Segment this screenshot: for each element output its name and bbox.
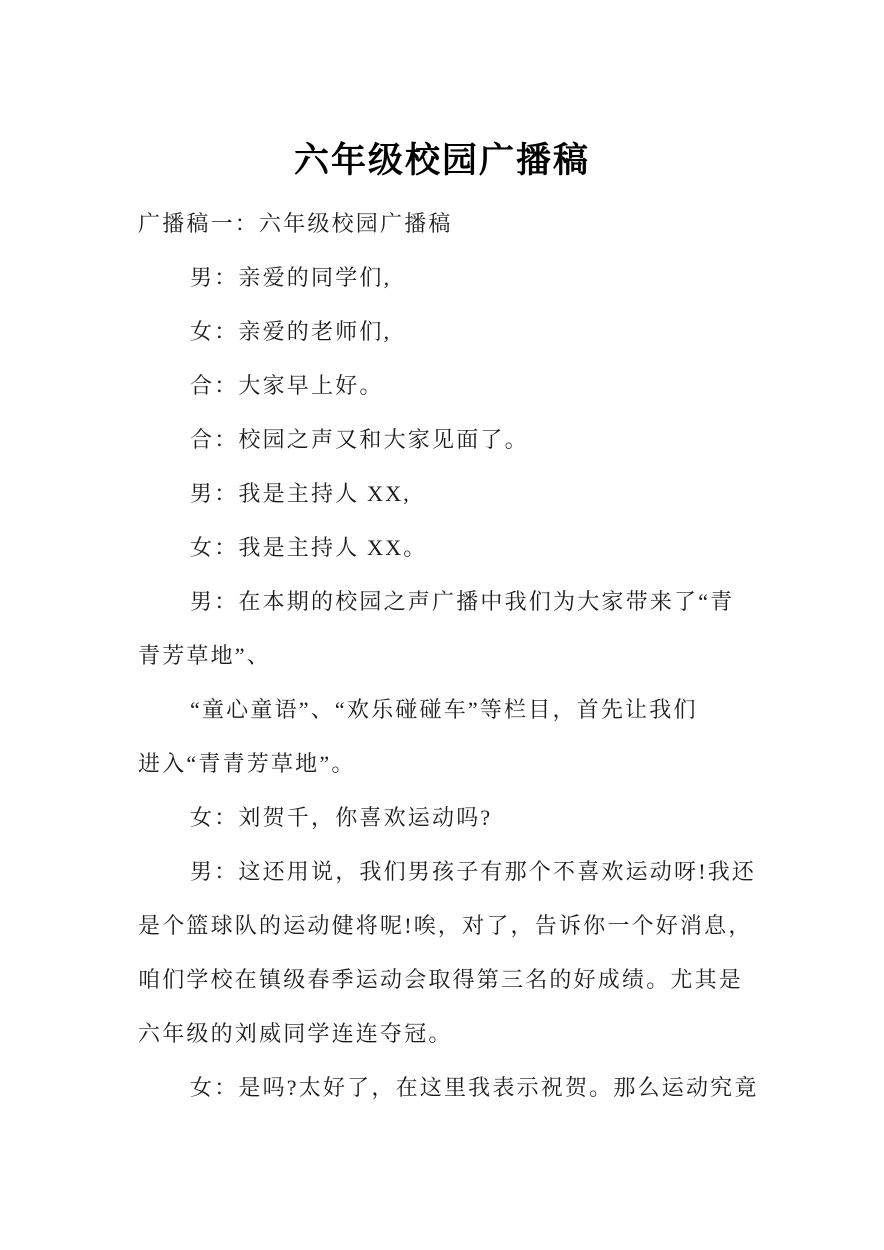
text-line: 六年级的刘威同学连连夺冠。 [138, 1007, 838, 1061]
text-line: 女：刘贺千，你喜欢运动吗? [138, 791, 838, 845]
document-page: 六年级校园广播稿 广播稿一：六年级校园广播稿男：亲爱的同学们,女：亲爱的老师们,… [0, 0, 884, 1250]
text-line: 女：是吗?太好了，在这里我表示祝贺。那么运动究竟 [138, 1061, 838, 1115]
text-line: 是个篮球队的运动健将呢!唉，对了，告诉你一个好消息， [138, 899, 838, 953]
text-line: 广播稿一：六年级校园广播稿 [138, 197, 838, 251]
text-line: 男：我是主持人 XX, [138, 467, 838, 521]
text-line: 男：在本期的校园之声广播中我们为大家带来了“青 [138, 575, 838, 629]
document-body: 广播稿一：六年级校园广播稿男：亲爱的同学们,女：亲爱的老师们,合：大家早上好。合… [138, 197, 838, 1115]
text-line: 女：亲爱的老师们, [138, 305, 838, 359]
text-line: 合：大家早上好。 [138, 359, 838, 413]
text-line: “童心童语”、“欢乐碰碰车”等栏目，首先让我们 [138, 683, 838, 737]
text-line: 男：这还用说，我们男孩子有那个不喜欢运动呀!我还 [138, 845, 838, 899]
text-line: 合：校园之声又和大家见面了。 [138, 413, 838, 467]
text-line: 男：亲爱的同学们, [138, 251, 838, 305]
text-line: 青芳草地”、 [138, 629, 838, 683]
text-line: 进入“青青芳草地”。 [138, 737, 838, 791]
text-line: 咱们学校在镇级春季运动会取得第三名的好成绩。尤其是 [138, 953, 838, 1007]
page-title: 六年级校园广播稿 [0, 137, 884, 185]
text-line: 女：我是主持人 XX。 [138, 521, 838, 575]
